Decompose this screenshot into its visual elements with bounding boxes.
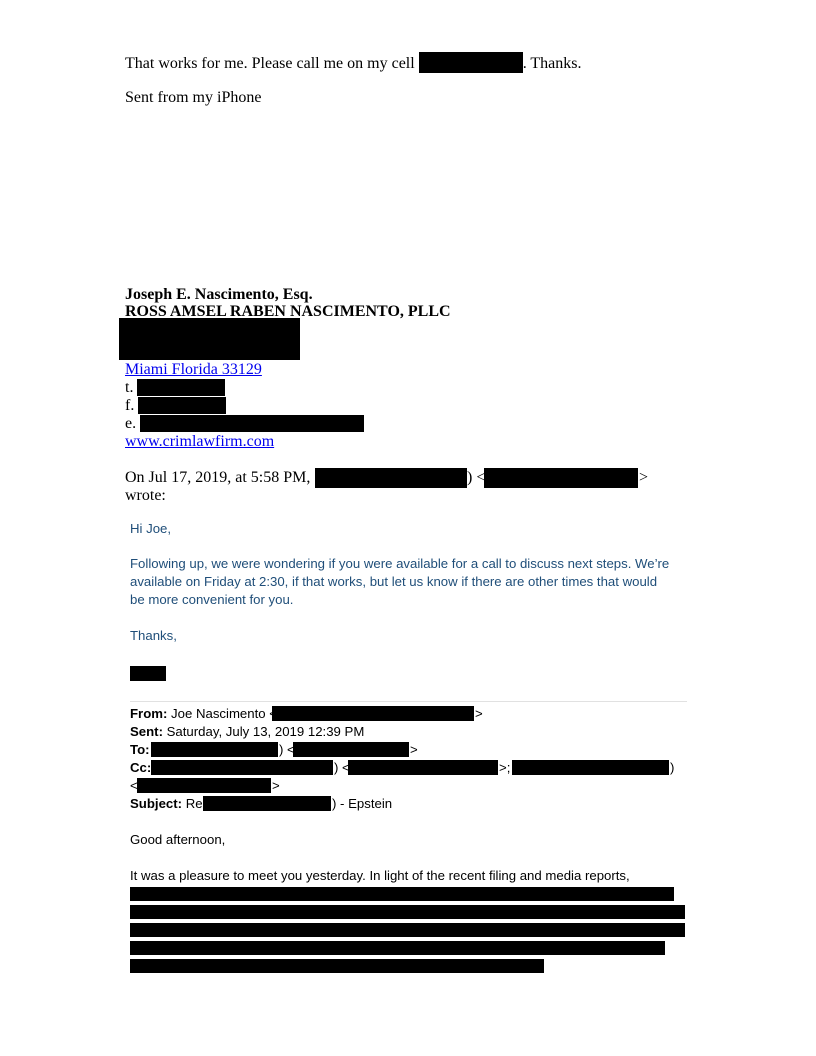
redacted-subject (203, 796, 331, 811)
divider (130, 701, 687, 702)
quoted-body-line-2: available on Friday at 2:30, if that wor… (130, 574, 657, 589)
redacted-body-line-3 (130, 923, 685, 937)
reply-line: That works for me. Please call me on my … (125, 55, 582, 73)
cc-sep: >; (499, 760, 510, 775)
sent-line: Sent: Saturday, July 13, 2019 12:39 PM (130, 724, 364, 739)
quoted-greeting: Hi Joe, (130, 521, 171, 536)
address-link[interactable]: Miami Florida 33129 (125, 361, 262, 378)
redacted-phone (419, 52, 523, 73)
redacted-body-line-1 (130, 887, 674, 901)
signature-name: Joseph E. Nascimento, Esq. (125, 286, 313, 304)
redacted-email (140, 415, 364, 432)
from-value: Joe Nascimento < (171, 706, 277, 721)
quoted-body-line-3: be more convenient for you. (130, 592, 293, 607)
cc-line: Cc: (130, 760, 151, 775)
quoted-closing: Thanks, (130, 628, 177, 643)
redacted-cc-name-2 (512, 760, 669, 775)
redacted-to-email (293, 742, 409, 757)
redacted-phone-number (137, 379, 225, 396)
quoted-header-paren: ) < (467, 469, 485, 487)
subject-line: Subject: Re: (130, 796, 206, 811)
redacted-address (119, 318, 300, 360)
body-greeting: Good afternoon, (130, 832, 225, 847)
redacted-body-line-5 (130, 959, 544, 973)
reply-text-end: . Thanks. (523, 55, 582, 72)
redacted-to-name (151, 742, 278, 757)
from-line: From: Joe Nascimento < (130, 706, 277, 721)
fax-prefix: f. (125, 397, 134, 414)
to-label: To: (130, 742, 150, 757)
website-link[interactable]: www.crimlawfirm.com (125, 433, 274, 450)
body-line-1: It was a pleasure to meet you yesterday.… (130, 868, 630, 883)
redacted-sender-signature (130, 666, 166, 681)
sent-value: Saturday, July 13, 2019 12:39 PM (167, 724, 365, 739)
cc-paren: ) (670, 760, 674, 775)
quoted-header-close: > (639, 469, 648, 487)
redacted-cc-name-1 (151, 760, 333, 775)
to-line: To: (130, 742, 150, 757)
quoted-body-line-1: Following up, we were wondering if you w… (130, 556, 669, 571)
cc-label: Cc: (130, 760, 151, 775)
quoted-header-date: On Jul 17, 2019, at 5:58 PM, (125, 469, 310, 486)
sent-label: Sent: (130, 724, 163, 739)
to-close: > (410, 742, 418, 757)
from-close: > (475, 706, 483, 721)
redacted-body-line-4 (130, 941, 665, 955)
subject-suffix: ) - Epstein (332, 796, 392, 811)
email-prefix: e. (125, 415, 136, 432)
redacted-fax-number (138, 397, 226, 414)
redacted-cc-email-2 (137, 778, 271, 793)
redacted-cc-email-1 (348, 760, 498, 775)
quoted-header-wrote: wrote: (125, 487, 166, 505)
redacted-from-email (272, 706, 474, 721)
signature-phone: t. (125, 379, 133, 397)
signature-email: e. (125, 415, 136, 433)
subject-label: Subject: (130, 796, 182, 811)
redacted-body-line-2 (130, 905, 685, 919)
redacted-sender-email (484, 468, 638, 488)
quoted-header-line: On Jul 17, 2019, at 5:58 PM, (125, 469, 310, 487)
cc-line2-close: > (272, 778, 280, 793)
signature-fax: f. (125, 397, 134, 415)
reply-text: That works for me. Please call me on my … (125, 55, 419, 72)
phone-prefix: t. (125, 379, 133, 396)
sent-from-device: Sent from my iPhone (125, 89, 261, 107)
redacted-sender-name (315, 468, 467, 488)
from-label: From: (130, 706, 167, 721)
